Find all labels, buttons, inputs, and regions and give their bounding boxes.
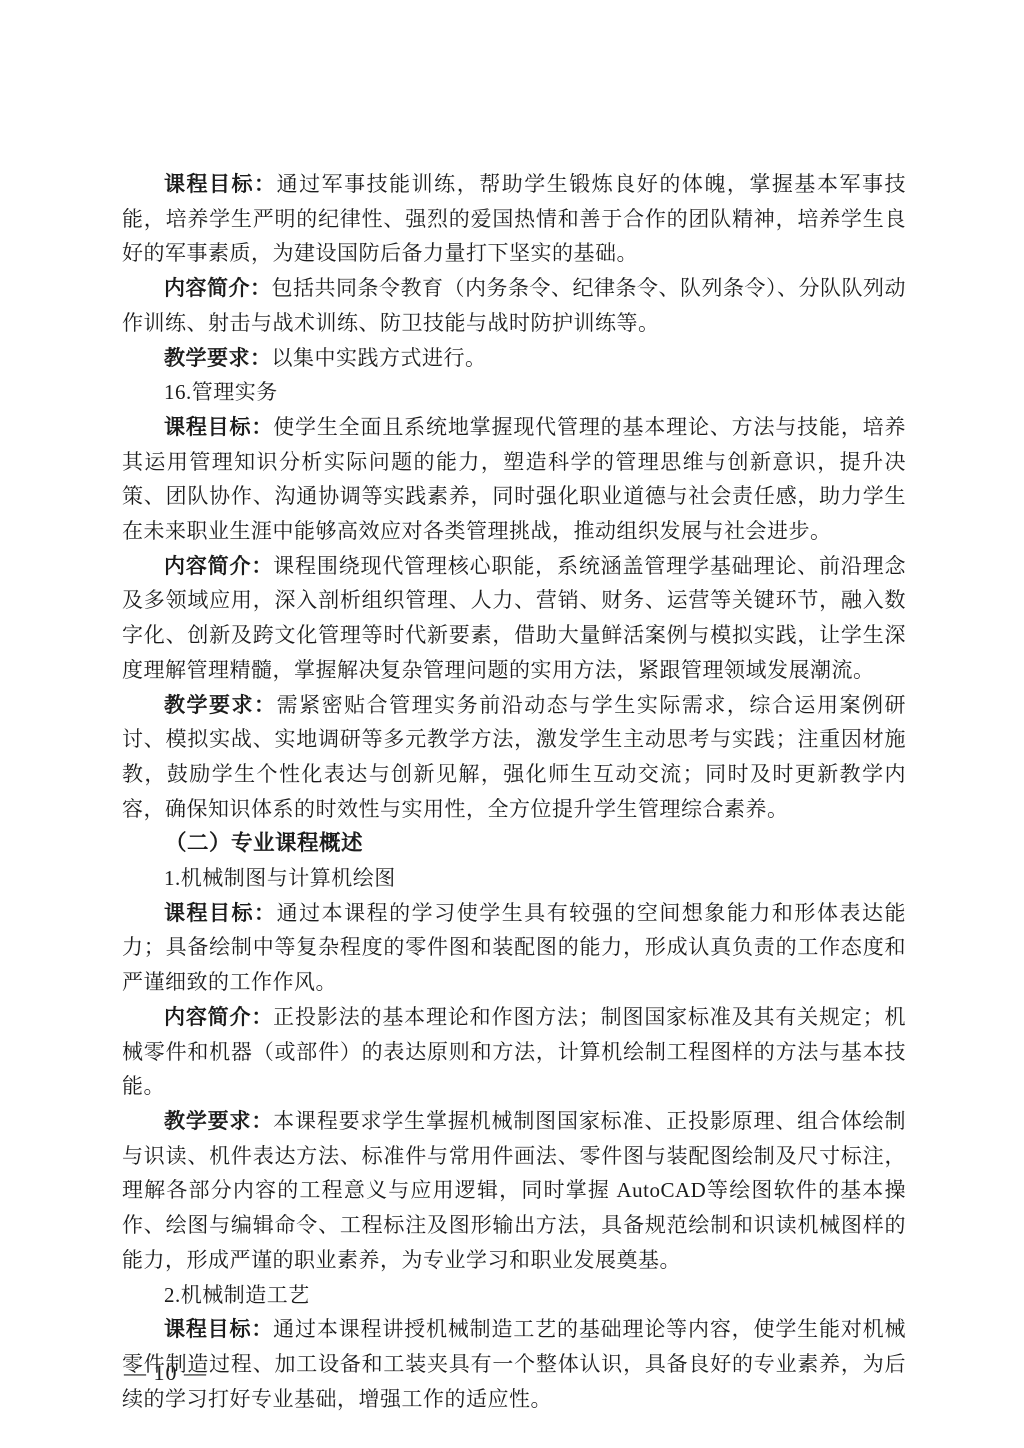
paragraph-label: 内容简介：: [164, 554, 273, 578]
paragraph-course-goal: 课程目标：通过本课程讲授机械制造工艺的基础理论等内容，使学生能对机械零件制造过程…: [122, 1312, 906, 1416]
document-body: 课程目标：通过军事技能训练，帮助学生锻炼良好的体魄，掌握基本军事技能，培养学生严…: [122, 167, 906, 1416]
page-number: — 10 —: [124, 1356, 207, 1390]
course-subheading-2: 2.机械制造工艺: [122, 1278, 906, 1313]
paragraph-label: 内容简介：: [164, 276, 272, 300]
section-heading-professional-courses: （二）专业课程概述: [122, 826, 906, 861]
paragraph-label: 课程目标：: [164, 1317, 273, 1341]
course-subheading-16: 16.管理实务: [122, 375, 906, 410]
paragraph-course-goal: 课程目标：使学生全面且系统地掌握现代管理的基本理论、方法与技能，培养其运用管理知…: [122, 410, 906, 549]
paragraph-label: 课程目标：: [164, 901, 277, 925]
paragraph-label: 内容简介：: [164, 1005, 273, 1029]
paragraph-text: 以集中实践方式进行。: [272, 346, 487, 370]
paragraph-teaching-req: 教学要求：需紧密贴合管理实务前沿动态与学生实际需求，综合运用案例研讨、模拟实战、…: [122, 688, 906, 827]
paragraph-label: 课程目标：: [164, 172, 277, 196]
paragraph-course-intro: 内容简介：包括共同条令教育（内务条令、纪律条令、队列条令）、分队队列动作训练、射…: [122, 271, 906, 340]
paragraph-label: 教学要求：: [164, 693, 277, 717]
paragraph-label: 教学要求：: [164, 1109, 273, 1133]
course-subheading-1: 1.机械制图与计算机绘图: [122, 861, 906, 896]
paragraph-course-goal: 课程目标：通过本课程的学习使学生具有较强的空间想象能力和形体表达能力；具备绘制中…: [122, 896, 906, 1000]
paragraph-course-intro: 内容简介：正投影法的基本理论和作图方法；制图国家标准及其有关规定；机械零件和机器…: [122, 1000, 906, 1104]
paragraph-label: 课程目标：: [164, 415, 273, 439]
paragraph-teaching-req: 教学要求：本课程要求学生掌握机械制图国家标准、正投影原理、组合体绘制与识读、机件…: [122, 1104, 906, 1278]
paragraph-text: 本课程要求学生掌握机械制图国家标准、正投影原理、组合体绘制与识读、机件表达方法、…: [122, 1109, 906, 1272]
paragraph-label: 教学要求：: [164, 346, 272, 370]
paragraph-teaching-req: 教学要求：以集中实践方式进行。: [122, 341, 906, 376]
paragraph-course-intro: 内容简介：课程围绕现代管理核心职能，系统涵盖管理学基础理论、前沿理念及多领域应用…: [122, 549, 906, 688]
paragraph-course-goal: 课程目标：通过军事技能训练，帮助学生锻炼良好的体魄，掌握基本军事技能，培养学生严…: [122, 167, 906, 271]
document-page: 课程目标：通过军事技能训练，帮助学生锻炼良好的体魄，掌握基本军事技能，培养学生严…: [0, 0, 1024, 1448]
